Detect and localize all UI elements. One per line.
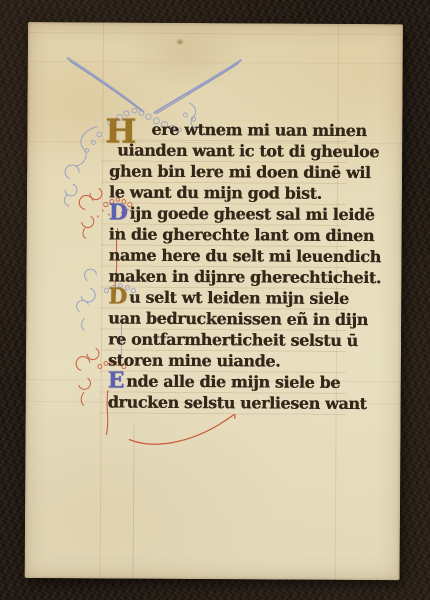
text-line-rest: ijn goede gheest sal mi leidē [129, 204, 374, 224]
text-line: ghen bin lere mi doen dinē wil [103, 160, 355, 183]
text-line-rest: nde alle die mijn siele be [126, 372, 340, 392]
text-line: drucken selstu uerliesen want [102, 391, 354, 414]
manuscript-leaf: H ere wtnem mi uan minen uianden want ic… [25, 22, 403, 580]
verse-paragraph-1: H ere wtnem mi uan minen uianden want ic… [103, 118, 356, 204]
text-line: le want du mijn god bist. [103, 181, 355, 204]
verse-paragraph-4: Ende alle die mijn siele be drucken sels… [102, 370, 354, 414]
text-line: re ontfarmherticheit selstu ū [102, 328, 354, 351]
text-line: ere wtnem mi uan minen [103, 118, 355, 141]
red-underswash [129, 414, 235, 445]
verse-paragraph-2: Dijn goede gheest sal mi leidē in die gh… [102, 202, 355, 288]
text-line: Du selt wt leiden mijn siele [102, 286, 354, 309]
illuminated-initial-d-blue: D [109, 203, 128, 221]
text-line: in die gherechte lant om dinen [103, 223, 355, 246]
text-line: maken in dijnre gherechticheit. [102, 265, 354, 288]
illuminated-initial-e-blue: E [108, 371, 124, 389]
text-line-rest: u selt wt leiden mijn siele [129, 288, 349, 308]
photo-background: H ere wtnem mi uan minen uianden want ic… [0, 0, 430, 600]
text-block: H ere wtnem mi uan minen uianden want ic… [102, 118, 356, 414]
illuminated-initial-h: H [105, 114, 136, 147]
illuminated-initial-d-gold: D [108, 287, 127, 305]
text-line: name here du selt mi leuendich [103, 244, 355, 267]
text-line: uianden want ic tot di gheuloe [103, 139, 355, 162]
text-line: Dijn goede gheest sal mi leidē [103, 202, 355, 225]
verse-paragraph-3: Du selt wt leiden mijn siele uan bedruck… [102, 286, 355, 372]
text-line: uan bedruckenissen eñ in dijn [102, 307, 354, 330]
text-line: storen mine uiande. [102, 349, 354, 372]
text-line: Ende alle die mijn siele be [102, 370, 354, 393]
